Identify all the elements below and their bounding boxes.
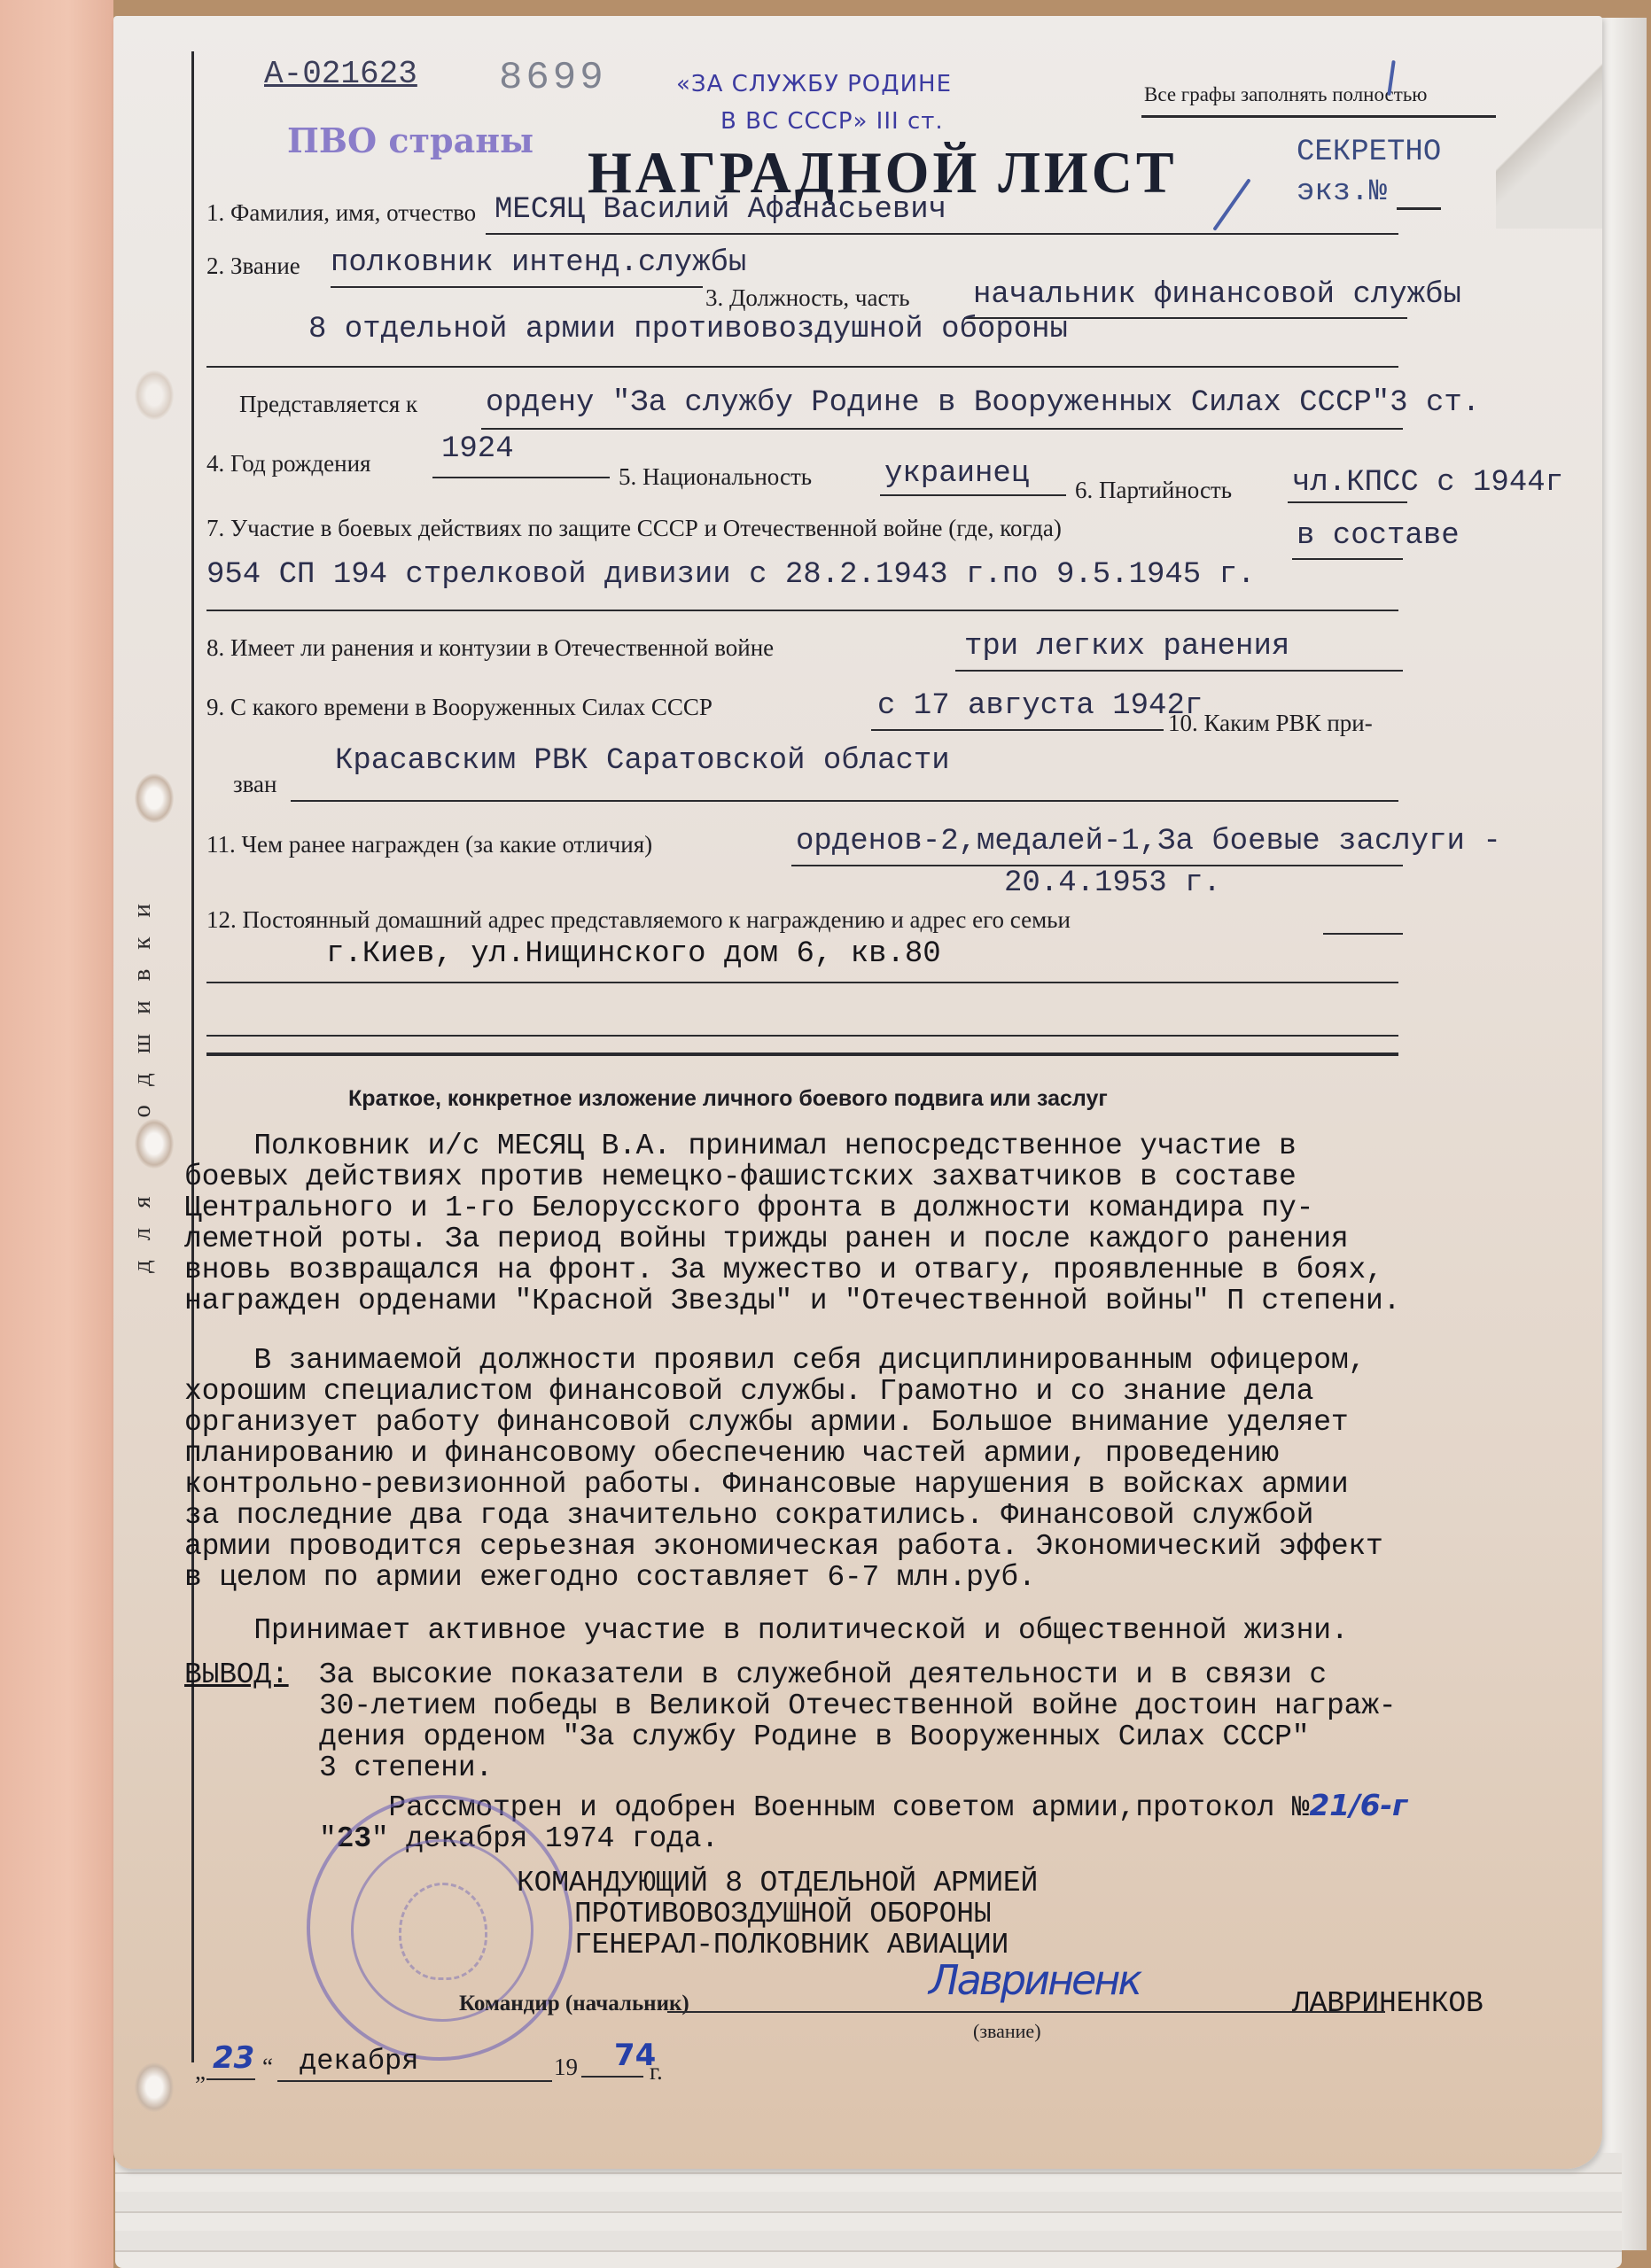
text-line: Полковник и/с МЕСЯЦ В.А. принимал непоср…: [184, 1130, 1400, 1161]
text-line: за последние два года значительно сократ…: [184, 1500, 1383, 1531]
unit-stamp: ПВО страны: [287, 120, 533, 160]
instruction-underline: [1141, 115, 1496, 118]
field-3-line-cont: [206, 366, 1398, 368]
binding-hole: [135, 1119, 174, 1169]
date-suffix: г.: [650, 2058, 663, 2085]
state-emblem-icon: [399, 1883, 487, 1980]
field-1-value: МЕСЯЦ Василий Афанасьевич: [495, 193, 946, 227]
award-stamp-line1: «ЗА СЛУЖБУ РОДИНЕ: [676, 71, 952, 97]
field-6-label: 6. Партийность: [1075, 477, 1232, 504]
secrecy-mark: СЕКРЕТНО: [1297, 136, 1441, 169]
field-7-label: 7. Участие в боевых действиях по защите …: [206, 515, 1062, 542]
date-month: декабря: [300, 2045, 418, 2078]
signatory-surname: ЛАВРИНЕНКОВ: [1292, 1988, 1484, 2019]
rank-caption: (звание): [973, 2020, 1041, 2043]
protocol-number: 21/6-г: [1309, 1788, 1407, 1822]
field-4-label: 4. Год рождения: [206, 450, 370, 478]
field-10-label: 10. Каким РВК при-: [1168, 710, 1373, 737]
field-7-value: в составе: [1297, 519, 1460, 553]
field-2-line: [331, 286, 703, 288]
folder-cover: [0, 0, 113, 2268]
nominated-line: [481, 428, 1403, 430]
text-line: 30-летием победы в Великой Отечественной…: [319, 1690, 1396, 1721]
commander-label: Командир (начальник): [459, 1992, 689, 2016]
checkmark-icon: [1212, 178, 1250, 231]
text-line: Центрального и 1-го Белорусского фронта …: [184, 1192, 1400, 1223]
handwritten-signature: Лавриненк: [929, 1956, 1140, 2004]
signatory-title-2: ПРОТИВОВОЗДУШНОЙ ОБОРОНЫ: [574, 1899, 991, 1930]
date-day-line: [206, 2078, 255, 2080]
signatory-title-1: КОМАНДУЮЩИЙ 8 ОТДЕЛЬНОЙ АРМИЕЙ: [517, 1868, 1038, 1899]
margin-rule: [191, 51, 194, 2062]
field-9-line: [871, 729, 1164, 731]
field-9-value: с 17 августа 1942г: [877, 689, 1203, 723]
field-11-value-cont: 20.4.1953 г.: [1004, 866, 1221, 900]
summary-paragraph-1: Полковник и/с МЕСЯЦ В.А. принимал непоср…: [184, 1130, 1400, 1317]
field-8-value: три легких ранения: [964, 630, 1289, 664]
award-sheet: для подшивки А-021623 8699 «ЗА СЛУЖБУ РО…: [113, 16, 1602, 2169]
text-line: вновь возвращался на фронт. За мужество …: [184, 1254, 1400, 1285]
instruction-note: Все графы заполнять полностью: [1144, 83, 1427, 106]
summary-heading: Краткое, конкретное изложение личного бо…: [348, 1086, 1108, 1112]
field-5-value: украинец: [884, 457, 1029, 491]
field-4-line: [432, 477, 610, 478]
paper-stack-bottom: [115, 2153, 1622, 2268]
field-12-line-cont: [206, 982, 1398, 983]
date-month-line: [277, 2080, 552, 2082]
text-line: боевых действиях против немецко-фашистск…: [184, 1161, 1400, 1192]
field-8-label: 8. Имеет ли ранения и контузии в Отечест…: [206, 634, 774, 662]
binding-hole: [135, 2062, 174, 2112]
folded-corner: [1496, 16, 1602, 229]
separator-thin: [206, 1035, 1398, 1037]
field-9-label: 9. С какого времени в Вооруженных Силах …: [206, 694, 713, 721]
field-10-value: Красавским РВК Саратовской области: [335, 744, 950, 778]
text-line: леметной роты. За период войны трижды ра…: [184, 1223, 1400, 1254]
text-line: 3 степени.: [319, 1752, 1396, 1783]
field-8-line: [955, 670, 1403, 672]
field-10-line: [291, 800, 1398, 802]
text-line: в целом по армии ежегодно составляет 6-7…: [184, 1562, 1383, 1593]
separator-thick: [206, 1052, 1398, 1056]
conclusion-text: За высокие показатели в служебной деятел…: [319, 1659, 1396, 1783]
date-quote-close: “: [262, 2054, 273, 2081]
summary-paragraph-2: В занимаемой должности проявил себя дисц…: [184, 1345, 1383, 1593]
nominated-label: Представляется к: [239, 391, 417, 418]
copy-number-field: [1397, 207, 1441, 210]
field-12-value: г.Киев, ул.Нищинского дом 6, кв.80: [326, 937, 941, 971]
field-7-line: [1292, 558, 1403, 560]
copy-number-label: экз.№: [1297, 175, 1387, 209]
award-stamp-line2: В ВС СССР» III ст.: [720, 108, 944, 135]
date-century: 19: [554, 2054, 578, 2081]
field-3-value-cont: 8 отдельной армии противовоздушной оборо…: [308, 313, 1068, 346]
field-2-value: полковник интенд.службы: [331, 246, 746, 280]
field-12-label: 12. Постоянный домашний адрес представля…: [206, 906, 1071, 934]
date-quote-open: „: [195, 2058, 206, 2085]
text-line: организует работу финансовой службы арми…: [184, 1407, 1383, 1438]
text-line: награжден орденами "Красной Звезды" и "О…: [184, 1285, 1400, 1317]
field-3-value: начальник финансовой службы: [973, 278, 1461, 312]
field-5-label: 5. Национальность: [619, 463, 812, 491]
date-year-line: [581, 2076, 643, 2078]
text-line: армии проводится серьезная экономическая…: [184, 1531, 1383, 1562]
field-1-line: [486, 233, 1398, 235]
text-line: планированию и финансовому обеспечению ч…: [184, 1438, 1383, 1469]
field-12-line: [1323, 933, 1403, 935]
text-line: контрольно-ревизионной работы. Финансовы…: [184, 1469, 1383, 1500]
field-4-value: 1924: [441, 432, 514, 466]
file-number: 8699: [499, 56, 607, 100]
text-line: хорошим специалистом финансовой службы. …: [184, 1376, 1383, 1407]
official-seal-stamp: [307, 1795, 572, 2061]
date-day: 23: [213, 2040, 254, 2076]
conclusion-label: ВЫВОД:: [184, 1659, 289, 1690]
field-6-line: [1288, 501, 1407, 503]
document-number: А-021623: [264, 56, 417, 92]
binding-hole: [135, 370, 174, 420]
field-2-label: 2. Звание: [206, 252, 300, 280]
field-7-value-cont: 954 СП 194 стрелковой дивизии с 28.2.194…: [206, 558, 1255, 592]
field-7-line-cont: [206, 610, 1398, 611]
field-6-value: чл.КПСС с 1944г: [1292, 466, 1563, 500]
summary-paragraph-3: Принимает активное участие в политическо…: [184, 1615, 1348, 1646]
binding-hole: [135, 773, 174, 823]
field-5-line: [880, 494, 1066, 496]
field-10-label-cont: зван: [233, 771, 277, 798]
nominated-value: ордену "За службу Родине в Вооруженных С…: [486, 386, 1480, 420]
text-line: В занимаемой должности проявил себя дисц…: [184, 1345, 1383, 1376]
field-1-label: 1. Фамилия, имя, отчество: [206, 199, 476, 227]
field-3-label: 3. Должность, часть: [705, 284, 910, 312]
binding-margin-label: для подшивки: [128, 796, 163, 1363]
field-11-value: орденов-2,медалей-1,За боевые заслуги -: [796, 825, 1501, 858]
text-line: дения орденом "За службу Родине в Вооруж…: [319, 1721, 1396, 1752]
signature-line: [667, 2011, 1385, 2013]
text-line: За высокие показатели в служебной деятел…: [319, 1659, 1396, 1690]
field-11-label: 11. Чем ранее награжден (за какие отличи…: [206, 831, 652, 858]
